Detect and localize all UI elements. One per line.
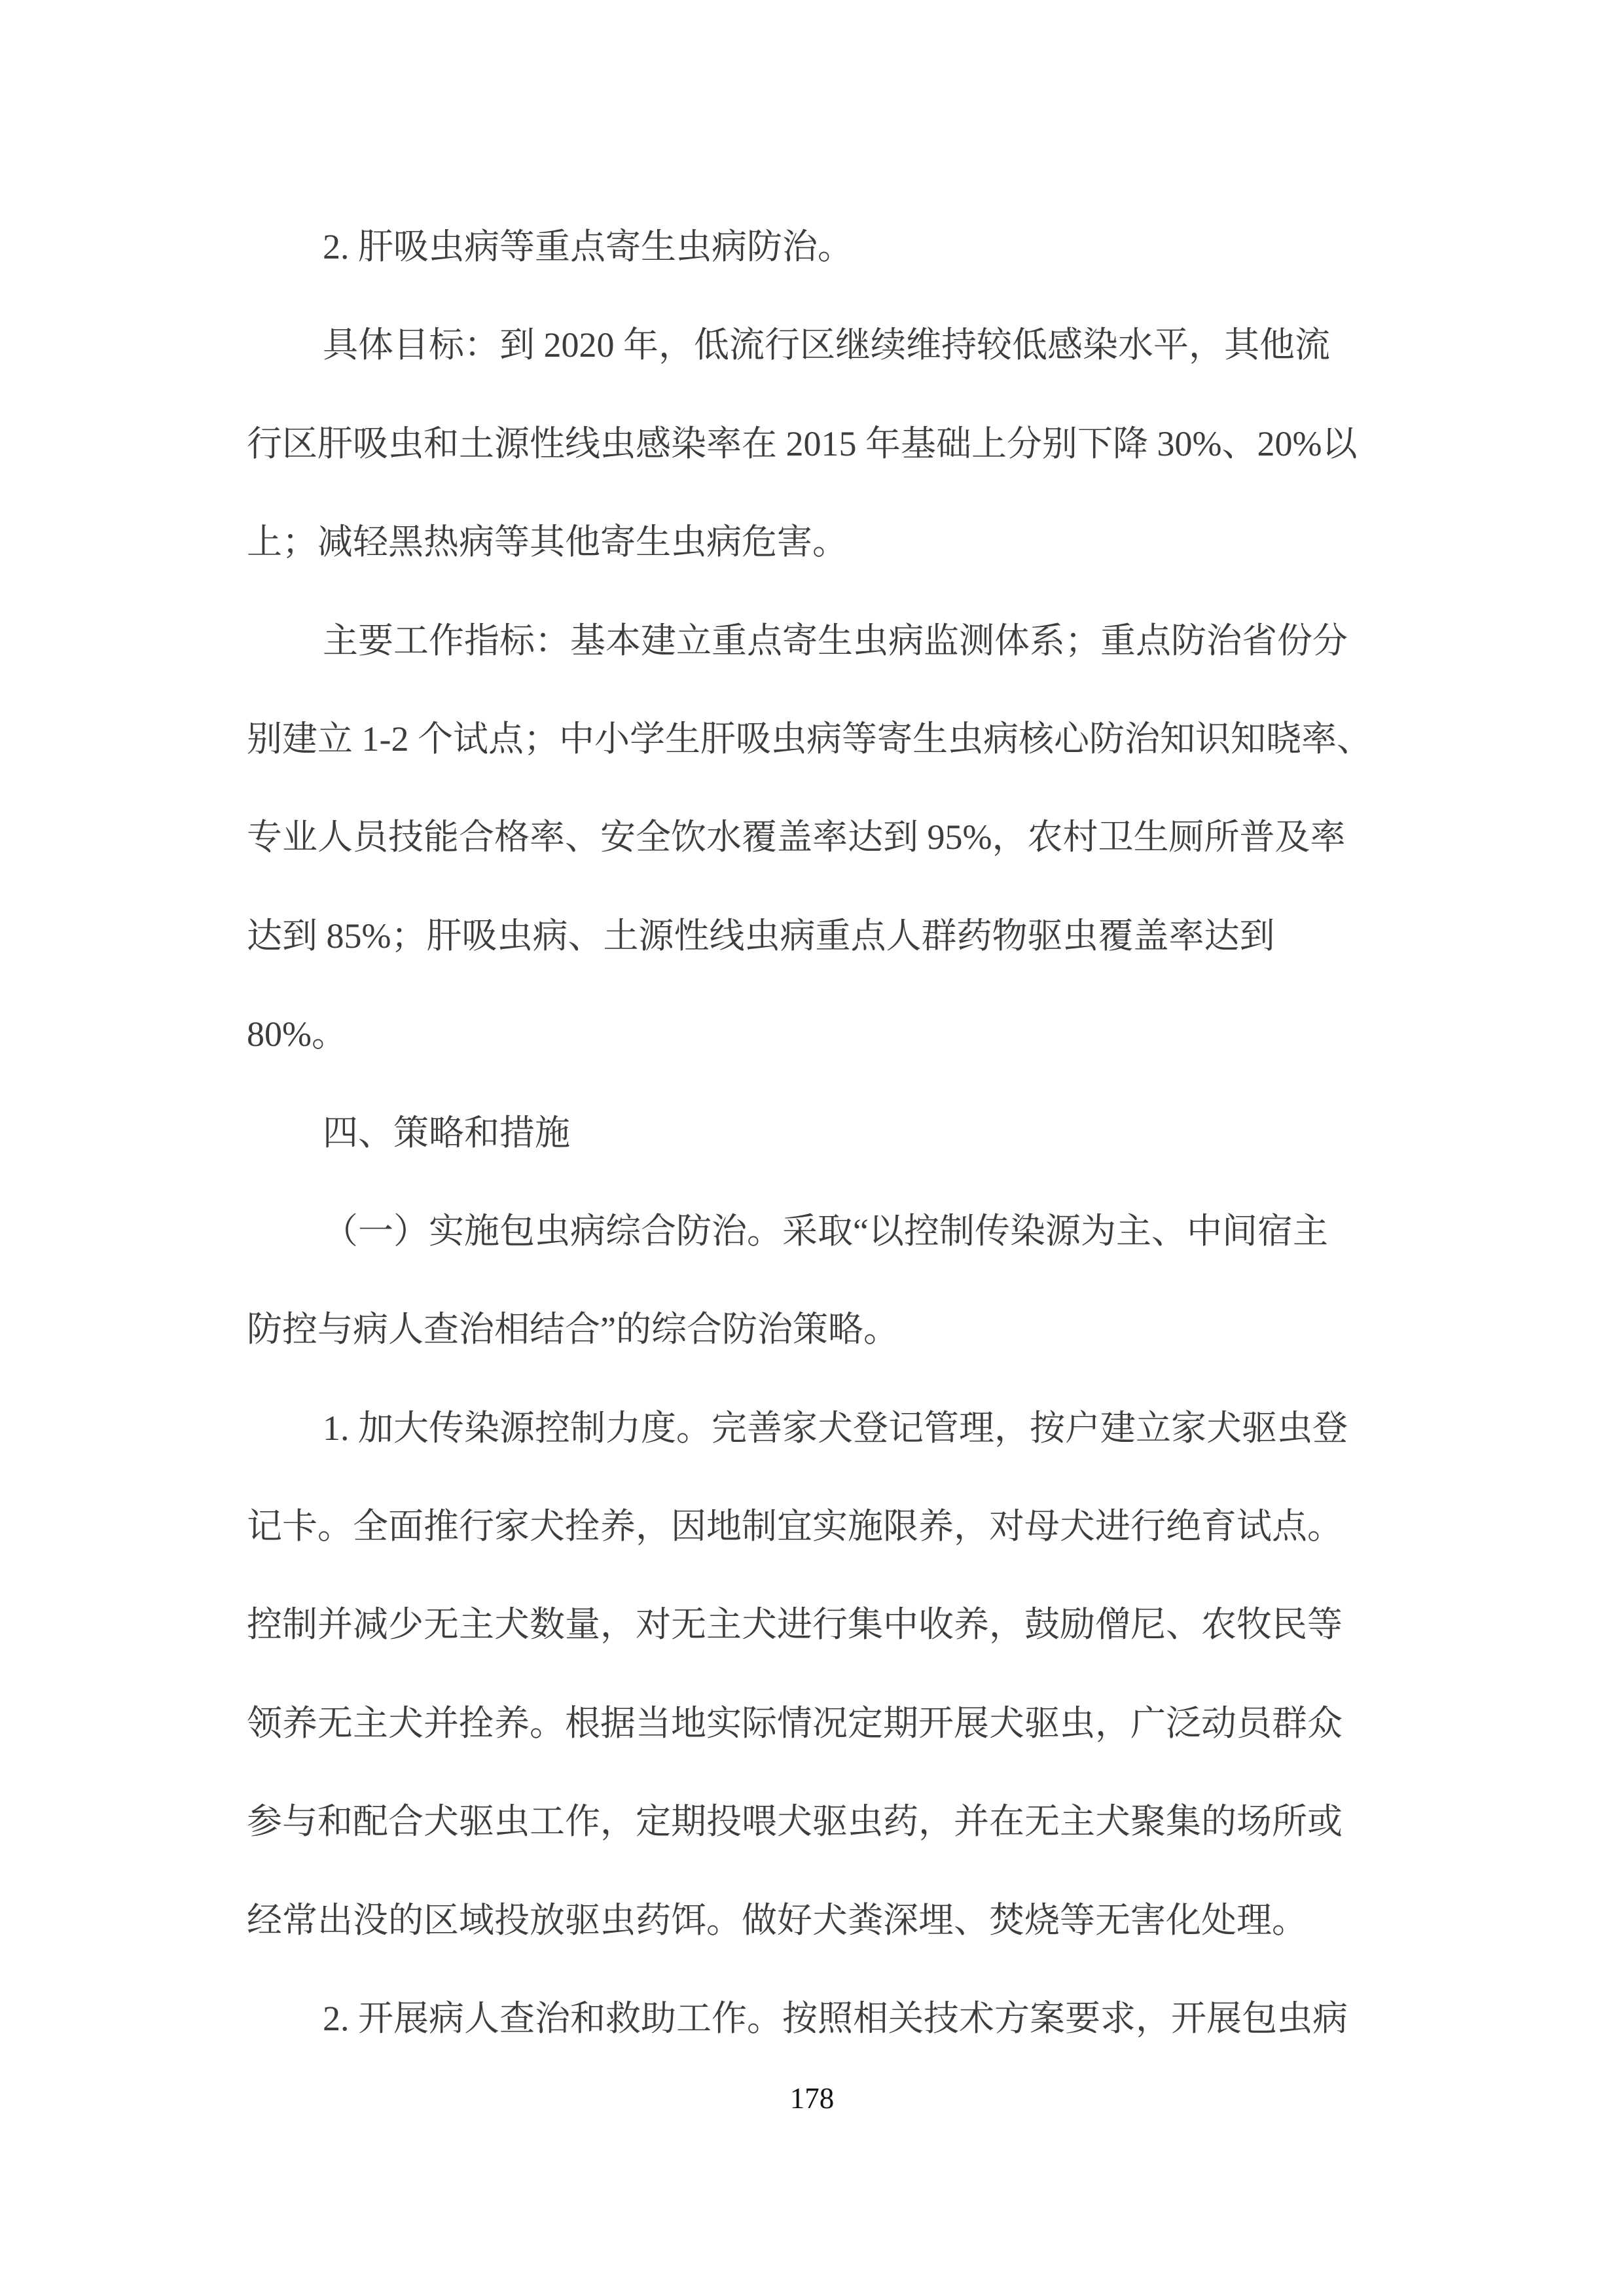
section-heading: 四、策略和措施 — [247, 1084, 1425, 1182]
text-line: 参与和配合犬驱虫工作，定期投喂犬驱虫药，并在无主犬聚集的场所或 — [247, 1772, 1425, 1871]
text-line: 1. 加大传染源控制力度。完善家犬登记管理，按户建立家犬驱虫登 — [247, 1379, 1425, 1477]
text-line: 控制并减少无主犬数量，对无主犬进行集中收养，鼓励僧尼、农牧民等 — [247, 1575, 1425, 1674]
text-line: 领养无主犬并拴养。根据当地实际情况定期开展犬驱虫，广泛动员群众 — [247, 1674, 1425, 1772]
text-line: 记卡。全面推行家犬拴养，因地制宜实施限养，对母犬进行绝育试点。 — [247, 1477, 1425, 1575]
text-line: 2. 肝吸虫病等重点寄生虫病防治。 — [247, 198, 1425, 296]
text-line: 80%。 — [247, 985, 1425, 1083]
text-line: 具体目标：到 2020 年，低流行区继续维持较低感染水平，其他流 — [247, 296, 1425, 394]
text-line: 经常出没的区域投放驱虫药饵。做好犬粪深埋、焚烧等无害化处理。 — [247, 1871, 1425, 1969]
text-line: 上；减轻黑热病等其他寄生虫病危害。 — [247, 493, 1425, 591]
body-text: 2. 肝吸虫病等重点寄生虫病防治。 具体目标：到 2020 年，低流行区继续维持… — [247, 198, 1425, 2068]
text-line: 防控与病人查治相结合”的综合防治策略。 — [247, 1280, 1425, 1378]
page-number: 178 — [0, 2081, 1624, 2115]
document-page: 2. 肝吸虫病等重点寄生虫病防治。 具体目标：到 2020 年，低流行区继续维持… — [0, 0, 1624, 2296]
text-line: 2. 开展病人查治和救助工作。按照相关技术方案要求，开展包虫病 — [247, 1969, 1425, 2068]
text-line: 主要工作指标：基本建立重点寄生虫病监测体系；重点防治省份分 — [247, 592, 1425, 690]
text-line: 行区肝吸虫和土源性线虫感染率在 2015 年基础上分别下降 30%、20%以 — [247, 395, 1425, 493]
text-line: 专业人员技能合格率、安全饮水覆盖率达到 95%，农村卫生厕所普及率 — [247, 788, 1425, 886]
text-line: 别建立 1-2 个试点；中小学生肝吸虫病等寄生虫病核心防治知识知晓率、 — [247, 690, 1425, 788]
text-line: 达到 85%；肝吸虫病、土源性线虫病重点人群药物驱虫覆盖率达到 — [247, 887, 1425, 985]
text-line: （一）实施包虫病综合防治。采取“以控制传染源为主、中间宿主 — [247, 1182, 1425, 1280]
